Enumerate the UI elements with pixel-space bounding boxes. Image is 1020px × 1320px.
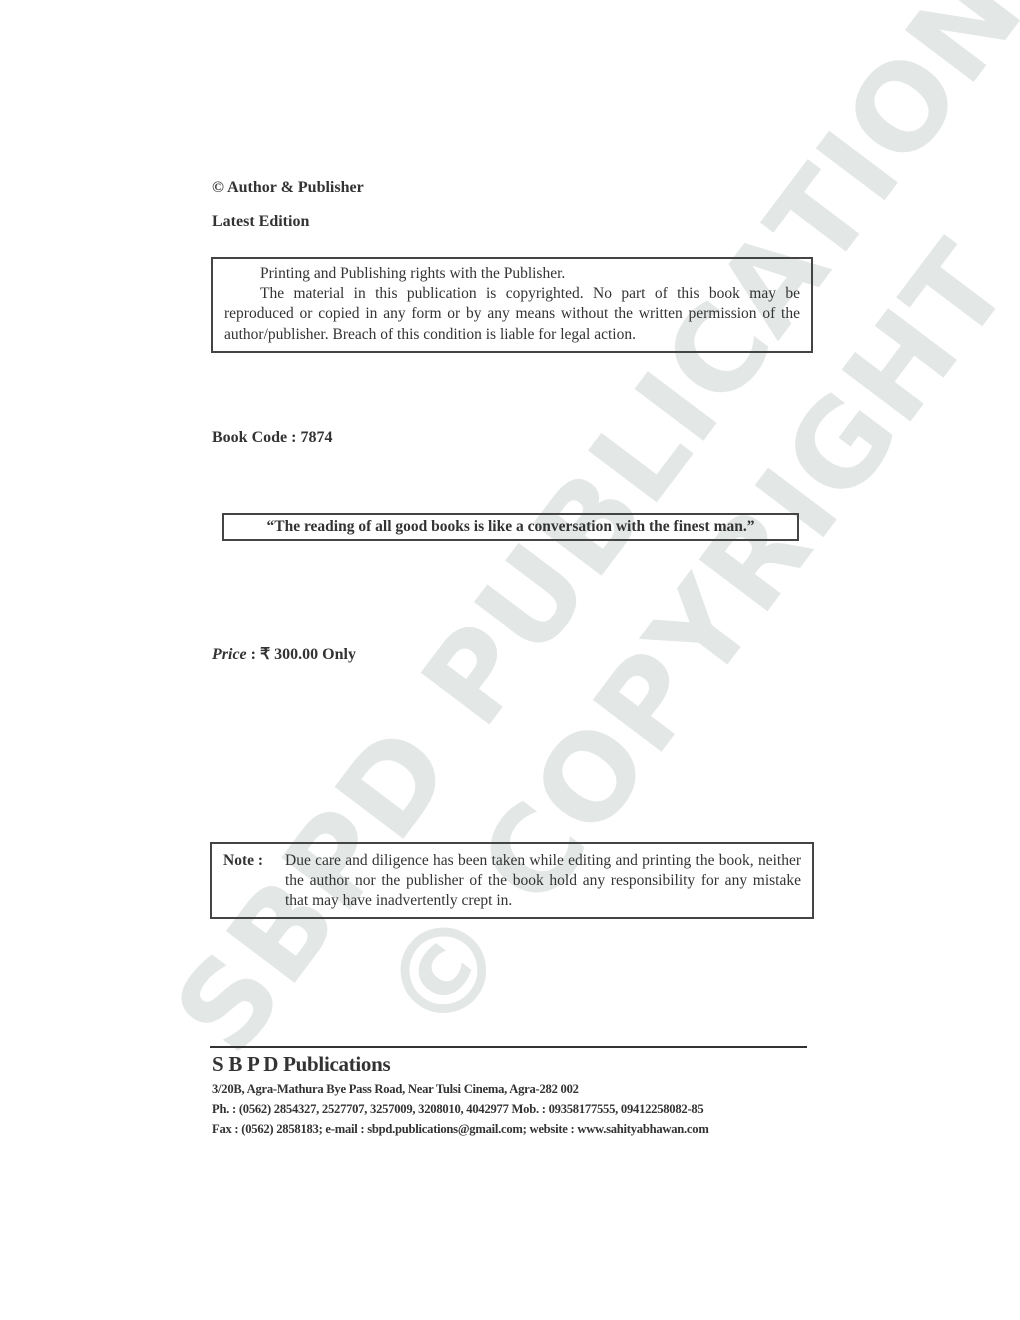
quote-text: “The reading of all good books is like a… [266,518,754,535]
publisher-address: 3/20B, Agra-Mathura Bye Pass Road, Near … [212,1082,579,1097]
rights-notice-line1: Printing and Publishing rights with the … [224,264,800,284]
price-value: : ₹ 300.00 Only [251,646,356,663]
publisher-phone: Ph. : (0562) 2854327, 2527707, 3257009, … [212,1102,703,1117]
price-line: Price : ₹ 300.00 Only [212,644,356,664]
publisher-name: S B P D Publications [212,1052,390,1077]
book-code: Book Code : 7874 [212,429,332,447]
note-text: Due care and diligence has been taken wh… [285,851,801,912]
price-label: Price [212,646,247,663]
rights-notice-box: Printing and Publishing rights with the … [211,257,813,353]
note-box: Note : Due care and diligence has been t… [210,842,814,919]
copyright-line: © Author & Publisher [212,179,364,197]
quote-box: “The reading of all good books is like a… [222,513,799,541]
rights-notice-line2: The material in this publication is copy… [224,284,800,345]
edition-line: Latest Edition [212,213,309,231]
note-label: Note : [223,851,285,912]
publisher-fax-email-website: Fax : (0562) 2858183; e-mail : sbpd.publ… [212,1122,709,1137]
divider [210,1046,807,1048]
